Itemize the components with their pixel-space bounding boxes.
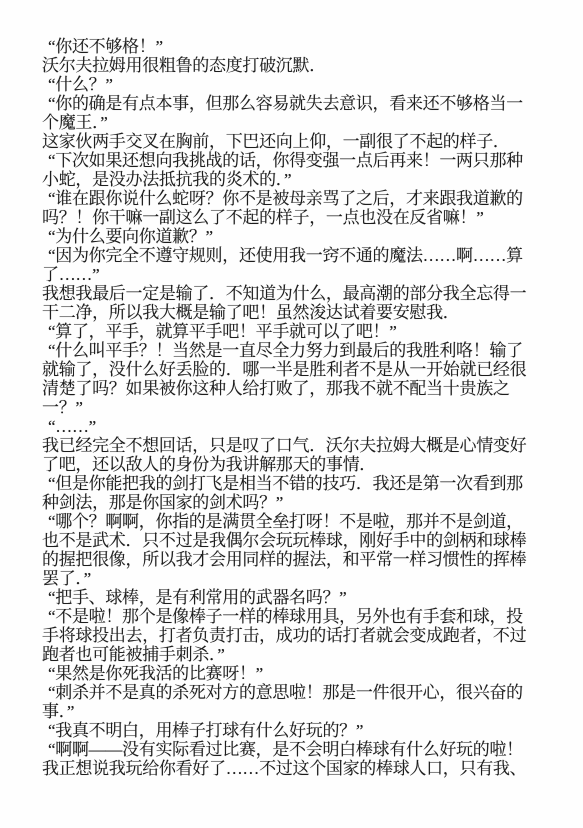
- text-line: “算了，平手，就算平手吧！平手就可以了吧！”: [42, 322, 552, 341]
- text-line: 我想我最后一定是输了．不知道为什么，最高潮的部分我全忘得一: [42, 284, 552, 303]
- text-line: “因为你完全不遵守规则，还使用我一窍不通的魔法……啊……算: [42, 246, 552, 265]
- text-line: “刺杀并不是真的杀死对方的意思啦！那是一件很开心，很兴奋的: [42, 683, 552, 702]
- text-line: 跑者也可能被捕手刺杀．”: [42, 645, 552, 664]
- text-line: 种剑法，那是你国家的剑术吗？”: [42, 493, 552, 512]
- text-line: “我真不明白，用棒子打球有什么好玩的？”: [42, 721, 552, 740]
- text-line: 清楚了吗？如果被你这种人给打败了，那我不就不配当十贵族之: [42, 379, 552, 398]
- text-line: “啊啊——没有实际看过比赛，是不会明白棒球有什么好玩的啦！: [42, 740, 552, 759]
- text-line: 了吧，还以敌人的身份为我讲解那天的事情．: [42, 455, 552, 474]
- scanned-document-page: “你还不够格！”沃尔夫拉姆用很粗鲁的态度打破沉默．“什么？”“你的确是有点本事，…: [0, 0, 583, 828]
- text-line: “不是啦！那个是像棒子一样的棒球用具，另外也有手套和球，投: [42, 607, 552, 626]
- text-line: 罢了．”: [42, 569, 552, 588]
- text-column: “你还不够格！”沃尔夫拉姆用很粗鲁的态度打破沉默．“什么？”“你的确是有点本事，…: [42, 37, 552, 778]
- text-line: 事．”: [42, 702, 552, 721]
- text-line: 的握把很像，所以我才会用同样的握法，和平常一样习惯性的挥棒: [42, 550, 552, 569]
- text-line: 沃尔夫拉姆用很粗鲁的态度打破沉默．: [42, 56, 552, 75]
- text-line: 个魔王．”: [42, 113, 552, 132]
- text-line: “为什么要向你道歉？”: [42, 227, 552, 246]
- text-line: 这家伙两手交叉在胸前，下巴还向上仰，一副很了不起的样子．: [42, 132, 552, 151]
- text-line: “把手、球棒，是有利常用的武器名吗？”: [42, 588, 552, 607]
- text-line: 一？”: [42, 398, 552, 417]
- text-line: 也不是武术．只不过是我偶尔会玩玩棒球，刚好手中的剑柄和球棒: [42, 531, 552, 550]
- text-line: 吗？！你干嘛一副这么了不起的样子，一点也没在反省嘛！”: [42, 208, 552, 227]
- text-line: 小蛇，是没办法抵抗我的炎术的．”: [42, 170, 552, 189]
- text-line: “什么？”: [42, 75, 552, 94]
- text-line: 干二净，所以我大概是输了吧！虽然浚达试着要安慰我．: [42, 303, 552, 322]
- text-line: “但是你能把我的剑打飞是相当不错的技巧．我还是第一次看到那: [42, 474, 552, 493]
- text-line: “谁在跟你说什么蛇呀？你不是被母亲骂了之后，才来跟我道歉的: [42, 189, 552, 208]
- text-line: “……”: [42, 417, 552, 436]
- text-line: 就输了，没什么好丢脸的．哪一半是胜利者不是从一开始就已经很: [42, 360, 552, 379]
- text-line: “果然是你死我活的比赛呀！”: [42, 664, 552, 683]
- text-line: “你还不够格！”: [42, 37, 552, 56]
- text-line: “你的确是有点本事，但那么容易就失去意识，看来还不够格当一: [42, 94, 552, 113]
- text-line: “哪个？啊啊，你指的是满贯全垒打呀！不是啦，那并不是剑道，: [42, 512, 552, 531]
- text-line: 我正想说我玩给你看好了……不过这个国家的棒球人口，只有我、: [42, 759, 552, 778]
- text-line: “下次如果还想向我挑战的话，你得变强一点后再来！一两只那种: [42, 151, 552, 170]
- text-line: 了……”: [42, 265, 552, 284]
- text-line: 我已经完全不想回话，只是叹了口气．沃尔夫拉姆大概是心情变好: [42, 436, 552, 455]
- text-line: 手将球投出去，打者负责打击，成功的话打者就会变成跑者，不过: [42, 626, 552, 645]
- text-line: “什么叫平手？！当然是一直尽全力努力到最后的我胜利咯！输了: [42, 341, 552, 360]
